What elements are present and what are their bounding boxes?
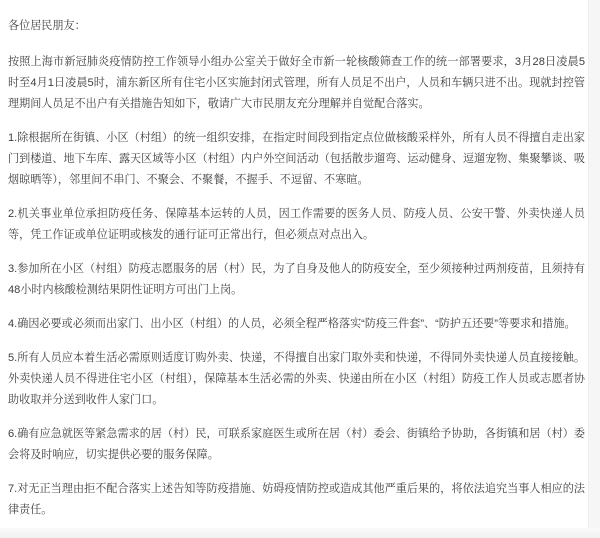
paragraph: 2.机关事业单位承担防疫任务、保障基本运转的人员，因工作需要的医务人员、防疫人员…: [8, 204, 585, 246]
paragraph-list: 按照上海市新冠肺炎疫情防控工作领导小组办公室关于做好全市新一轮核酸筛查工作的统一…: [8, 52, 585, 521]
salutation: 各位居民朋友：: [8, 16, 585, 37]
paragraph: 5.所有人员应本着生活必需原则适度订购外卖、快递，不得擅自出家门取外卖和快递，不…: [8, 348, 585, 411]
notice-page: 各位居民朋友： 按照上海市新冠肺炎疫情防控工作领导小组办公室关于做好全市新一轮核…: [0, 0, 600, 538]
paragraph: 3.参加所在小区（村组）防疫志愿服务的居（村）民，为了自身及他人的防疫安全，至少…: [8, 259, 585, 301]
page-bottom-margin: [0, 528, 600, 538]
notice-content: 各位居民朋友： 按照上海市新冠肺炎疫情防控工作领导小组办公室关于做好全市新一轮核…: [0, 0, 589, 521]
paragraph: 按照上海市新冠肺炎疫情防控工作领导小组办公室关于做好全市新一轮核酸筛查工作的统一…: [8, 52, 585, 115]
paragraph: 6.确有应急就医等紧急需求的居（村）民，可联系家庭医生或所在居（村）委会、街镇给…: [8, 424, 585, 466]
paragraph: 4.确因必要或必须而出家门、出小区（村组）的人员，必须全程严格落实“防疫三件套”…: [8, 314, 585, 335]
paragraph: 7.对无正当理由拒不配合落实上述告知等防疫措施、妨碍疫情防控或造成其他严重后果的…: [8, 479, 585, 521]
paragraph: 1.除根据所在街镇、小区（村组）的统一组织安排，在指定时间段到指定点位做核酸采样…: [8, 128, 585, 191]
page-right-margin: [588, 0, 600, 538]
